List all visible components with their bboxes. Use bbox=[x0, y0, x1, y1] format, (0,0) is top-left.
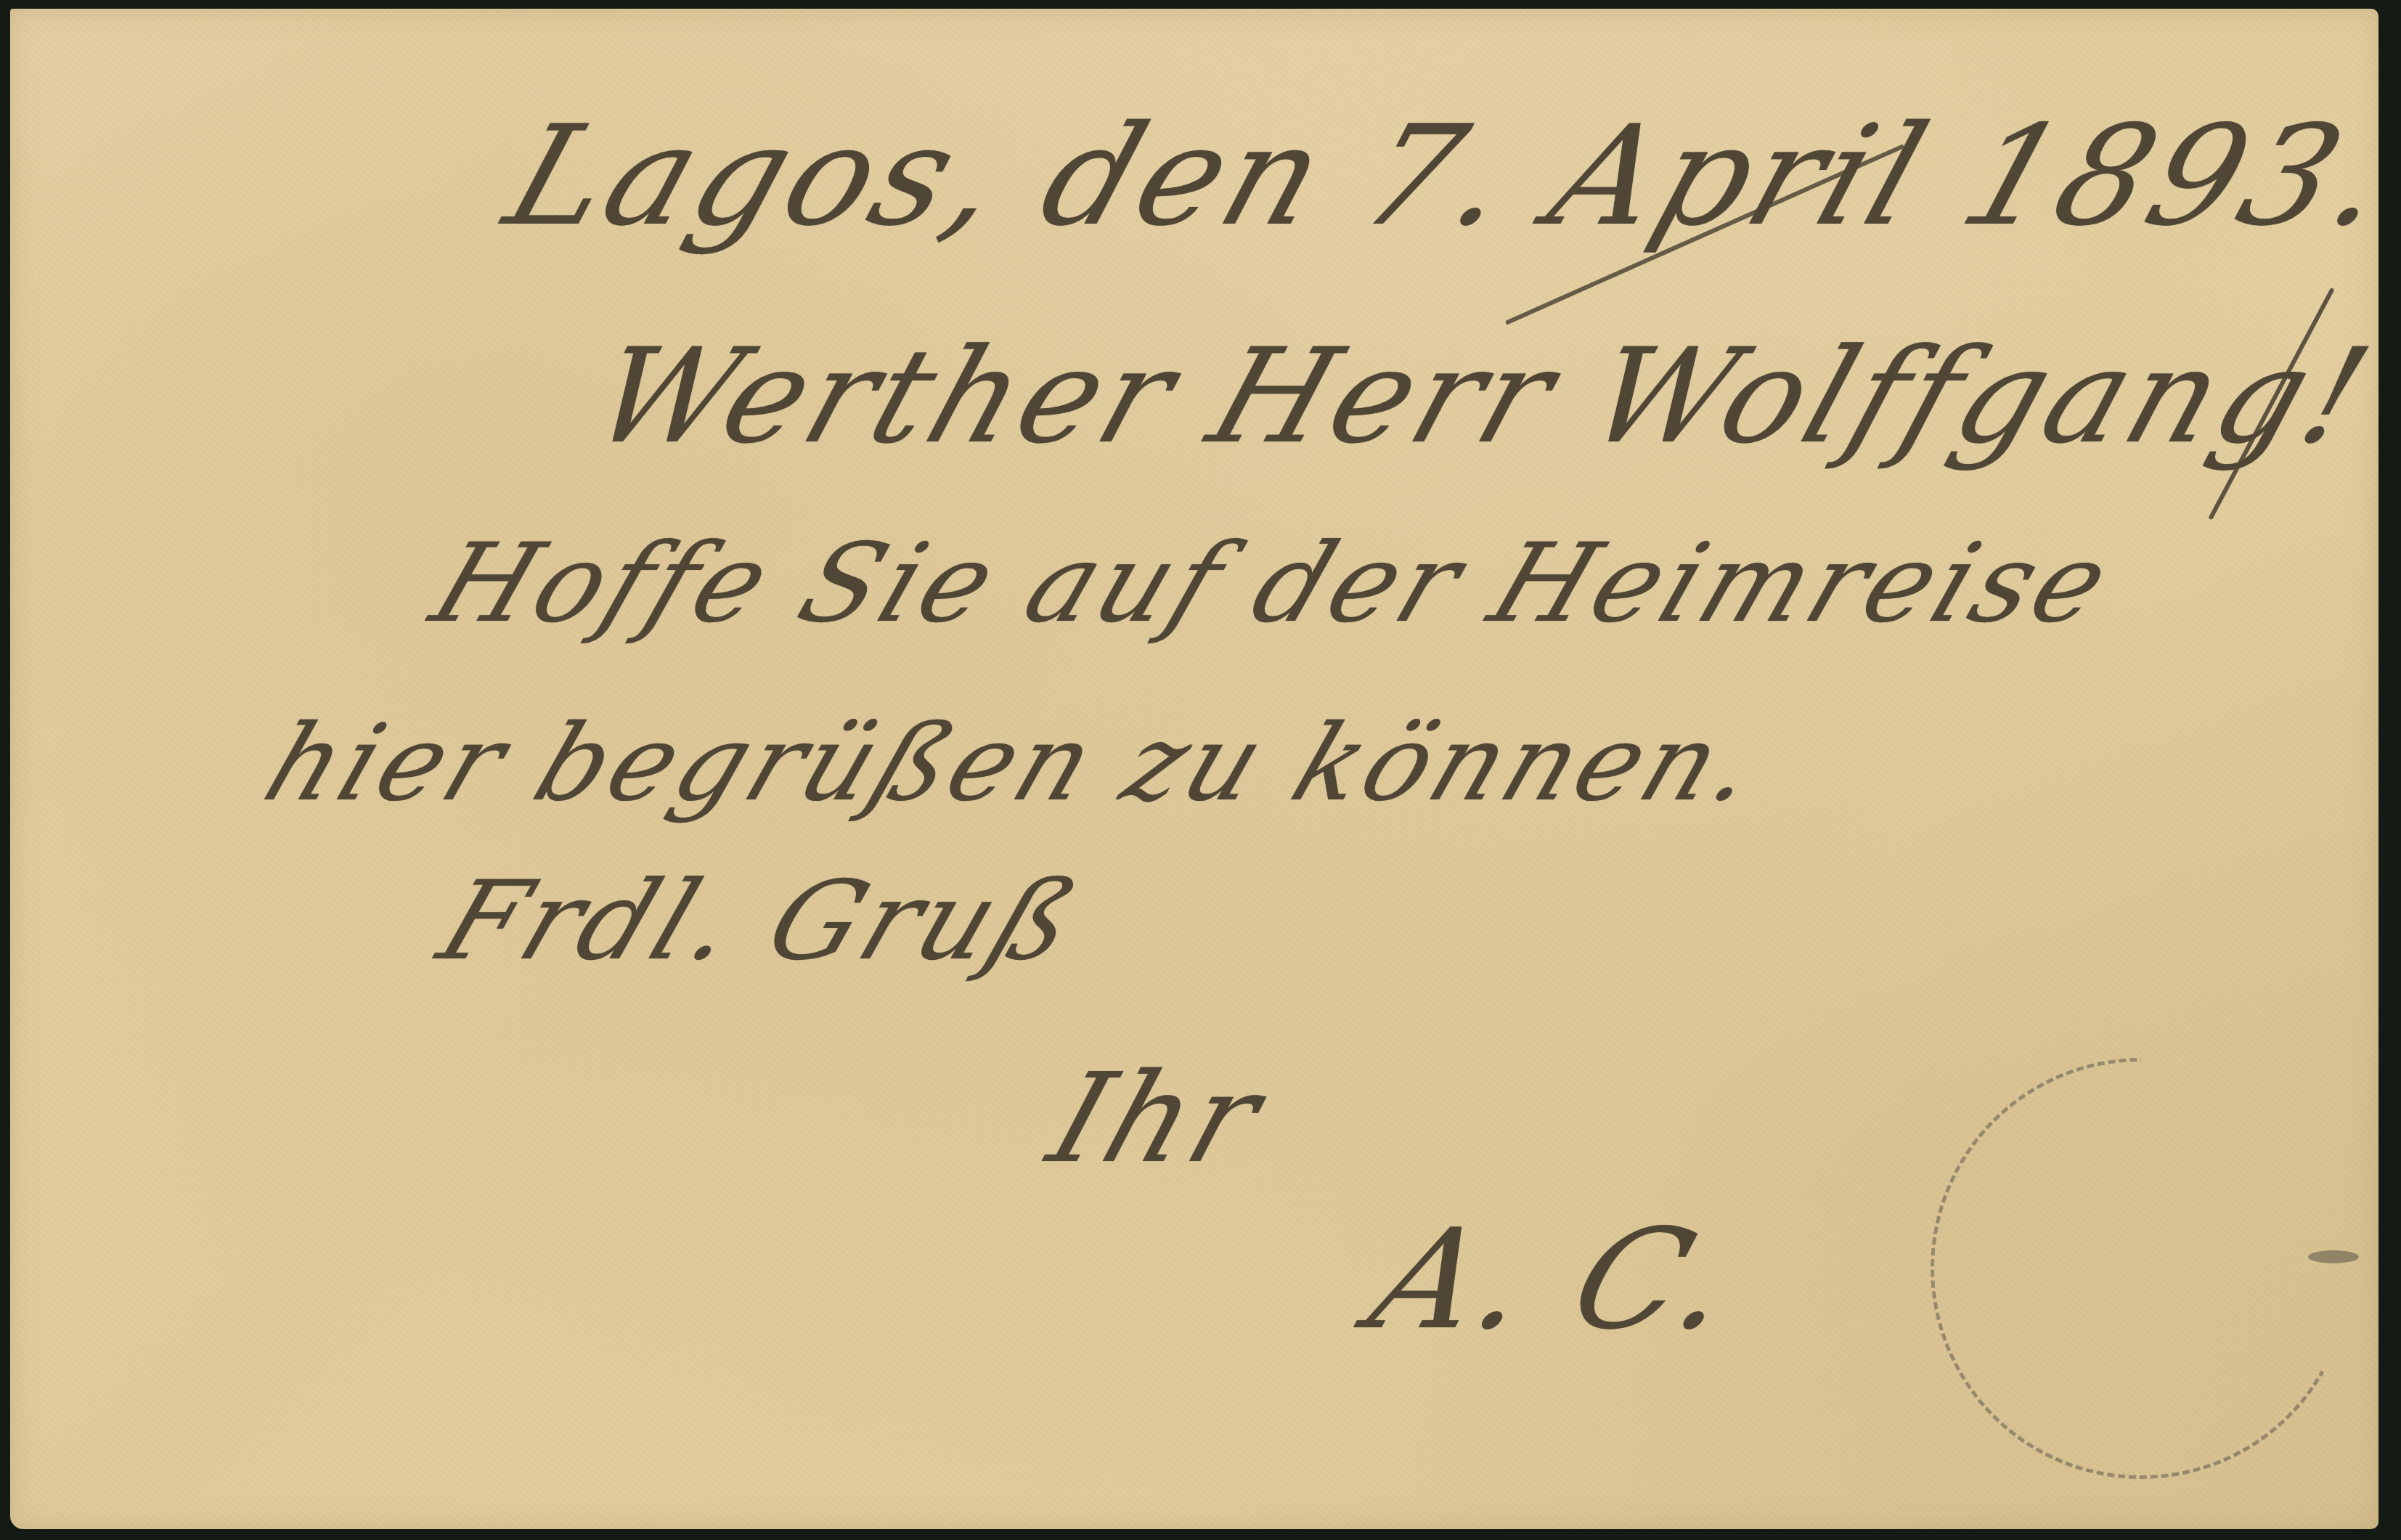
photo-stage: Lagos, den 7. April 1893. Werther Herr W… bbox=[0, 0, 2401, 1540]
body-line-2: hier begrüßen zu können. bbox=[250, 702, 1779, 825]
signature: A. C. bbox=[1353, 1199, 1759, 1360]
closing-line: Ihr bbox=[1034, 1047, 1281, 1191]
postcard: Lagos, den 7. April 1893. Werther Herr W… bbox=[10, 9, 2378, 1529]
greeting-line: Frdl. Gruß bbox=[424, 858, 1097, 985]
postmark-circle-icon bbox=[1931, 1058, 2352, 1479]
postmark-smudge bbox=[2308, 1250, 2359, 1263]
salutation-line: Werther Herr Wolffgang! bbox=[576, 321, 2378, 473]
body-line-1: Hoffe Sie auf der Heimreise bbox=[417, 521, 2129, 647]
date-line: Lagos, den 7. April 1893. bbox=[489, 96, 2378, 256]
